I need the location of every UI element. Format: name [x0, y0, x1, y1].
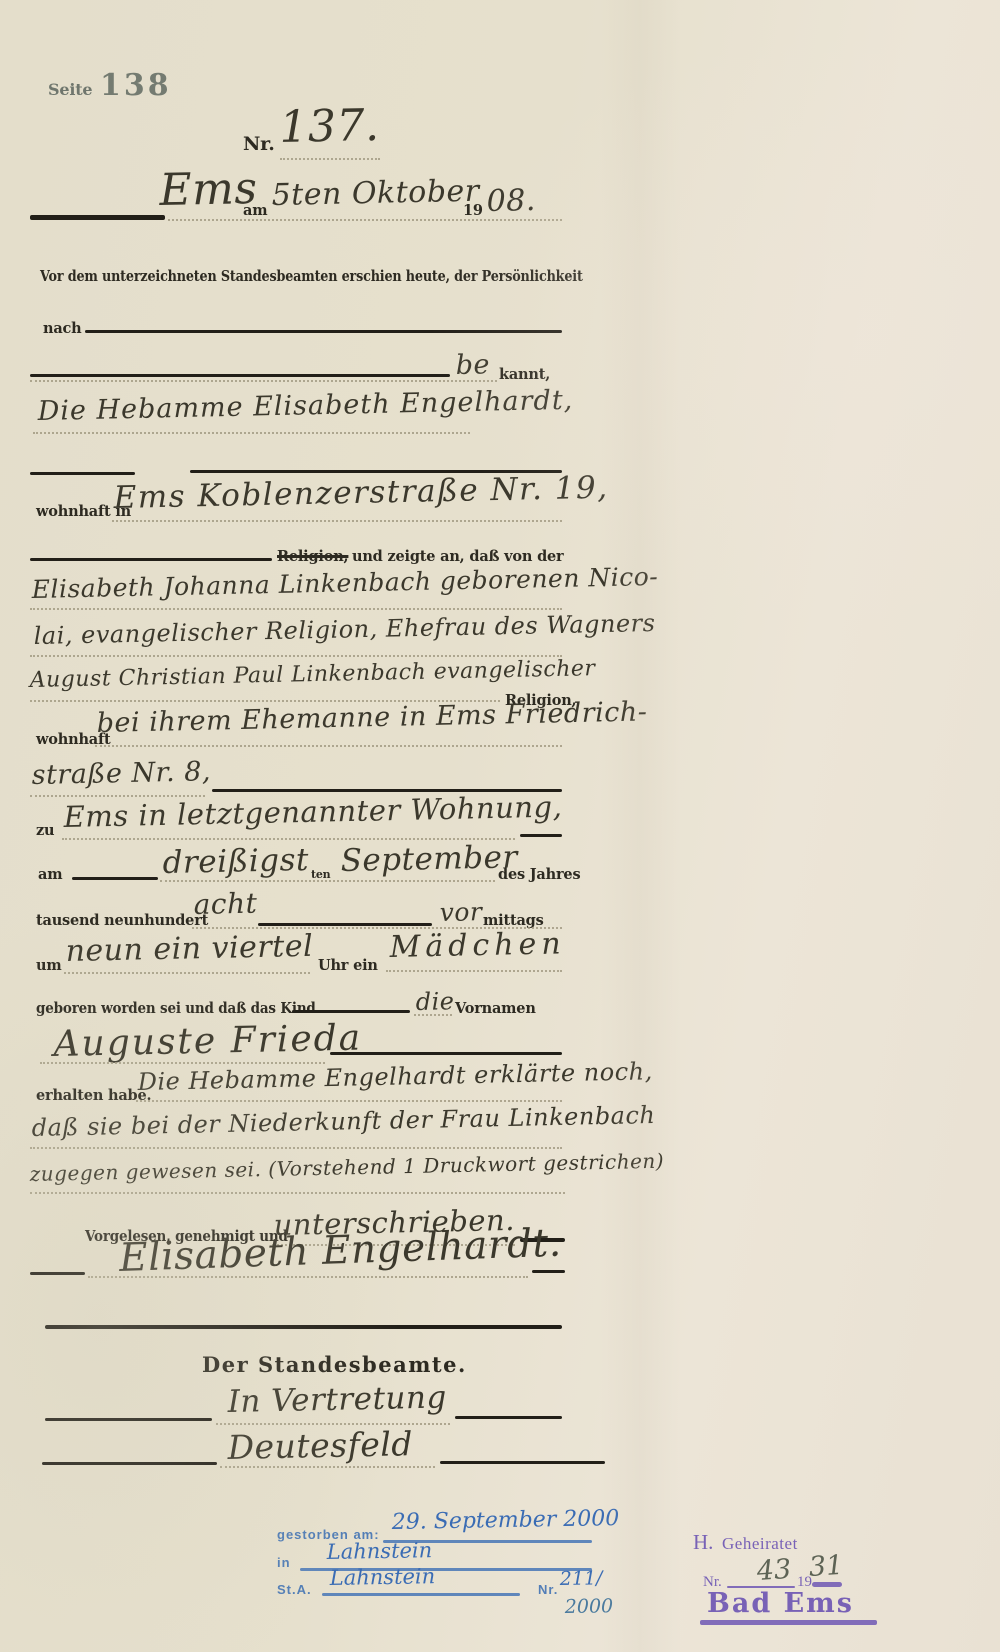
h-label: H.	[693, 1530, 713, 1555]
form-line	[30, 380, 497, 382]
death-nr-label: Nr.	[538, 1582, 558, 1597]
form-line	[292, 1010, 410, 1013]
um-label: um	[36, 957, 62, 974]
record-number-label: Nr.	[243, 133, 275, 155]
form-line	[45, 1325, 562, 1329]
register-page: Seite 138 Nr. 137. Ems am 5ten Oktober 1…	[0, 0, 1000, 1652]
form-line	[700, 1620, 877, 1625]
birth-time-entry: neun ein viertel	[65, 929, 313, 969]
date-am-label: am	[243, 202, 267, 219]
death-record-number-entry: 211/	[560, 1567, 603, 1590]
form-line	[520, 834, 562, 837]
declarant-entry: Die Hebamme Elisabeth Engelhardt,	[37, 385, 573, 427]
uhr-ein-label: Uhr ein	[318, 957, 378, 974]
mother-line2-entry: lai, evangelischer Religion, Ehefrau des…	[33, 609, 655, 650]
form-line	[30, 655, 562, 657]
sta-office-entry: Lahnstein	[330, 1564, 436, 1590]
page-label: Seite	[48, 80, 92, 99]
form-line	[168, 219, 562, 221]
form-line	[160, 880, 495, 882]
mother-line1-entry: Elisabeth Johanna Linkenbach geborenen N…	[31, 562, 658, 604]
form-line	[258, 923, 432, 926]
form-line	[64, 972, 310, 974]
vormittag-entry: vor	[439, 897, 482, 927]
form-line	[136, 1100, 562, 1102]
marriage-number-entry: 43	[756, 1554, 792, 1587]
die-entry: die	[415, 987, 454, 1016]
record-number-entry: 137.	[279, 100, 380, 153]
declarant-address-entry: Ems Koblenzerstraße Nr. 19,	[113, 470, 609, 516]
form-line	[33, 432, 470, 434]
geheiratet-label: Geheiratet	[722, 1534, 798, 1554]
form-line	[386, 970, 562, 972]
note-line2-entry: daß sie bei der Niederkunft der Frau Lin…	[31, 1101, 655, 1142]
religion-struck-label: Religion,	[277, 548, 348, 565]
residence-street-entry: straße Nr. 8,	[31, 756, 211, 791]
form-line	[280, 158, 380, 160]
bekannt-prefix-entry: be	[455, 349, 490, 381]
erhalten-habe-label: erhalten habe.	[36, 1087, 151, 1104]
year-entry: 08.	[486, 183, 536, 219]
vornamen-label: Vornamen	[455, 1000, 536, 1017]
bad-ems-stamp-text: Bad Ems	[707, 1588, 854, 1619]
tausend-label: tausend neunhundert	[36, 912, 208, 929]
form-line	[30, 558, 272, 561]
am-label: am	[38, 866, 62, 883]
form-line	[62, 838, 515, 840]
in-vertretung-entry: In Vertretung	[227, 1379, 447, 1420]
bekannt-label: kannt,	[499, 366, 550, 383]
nach-label: nach	[43, 320, 82, 337]
form-line	[30, 472, 135, 475]
intro-text: Vor dem unterzeichneten Standesbeamten e…	[40, 268, 583, 285]
page-number: 138	[100, 68, 172, 103]
father-line-entry: August Christian Paul Linkenbach evangel…	[29, 656, 595, 693]
sta-label: St.A.	[277, 1582, 312, 1597]
child-names-entry: Auguste Frieda	[53, 1018, 362, 1065]
form-line	[216, 1423, 450, 1425]
form-line	[30, 215, 165, 220]
form-line	[30, 608, 562, 610]
registrar-signature: Deutesfeld	[227, 1424, 413, 1467]
child-sex-entry: Mädchen	[389, 926, 566, 965]
date-entry: 5ten Oktober	[271, 174, 480, 213]
form-line	[440, 1461, 605, 1464]
note-line3-entry: zugegen gewesen sei. (Vorstehend 1 Druck…	[29, 1149, 664, 1186]
form-line	[812, 1582, 842, 1587]
birth-day-entry: dreißigst	[162, 842, 309, 881]
in-label: in	[277, 1555, 291, 1570]
year-printed: 19	[463, 202, 483, 219]
des-jahres-label: des Jahres	[498, 866, 580, 883]
geboren-text: geboren worden sei und daß das Kind	[36, 1000, 316, 1017]
zu-label: zu	[36, 822, 54, 839]
registrar-heading: Der Standesbeamte.	[202, 1352, 467, 1377]
form-line	[72, 877, 158, 880]
birth-year-entry: acht	[193, 887, 257, 921]
form-line	[30, 1192, 565, 1194]
form-line	[330, 1052, 562, 1055]
death-place-entry: Lahnstein	[327, 1538, 433, 1564]
form-line	[322, 1593, 520, 1596]
death-record-year-entry: 2000	[565, 1595, 614, 1618]
form-line	[30, 1147, 562, 1149]
marriage-year-entry: 31	[808, 1550, 844, 1583]
form-line	[95, 745, 562, 747]
form-line	[30, 1272, 85, 1275]
death-date-entry: 29. September 2000	[392, 1506, 620, 1535]
birth-month-entry: September	[340, 839, 518, 879]
zeigte-an-label: und zeigte an, daß von der	[352, 548, 563, 565]
form-line	[88, 1276, 528, 1278]
form-line	[42, 1462, 217, 1465]
form-line	[112, 520, 562, 522]
form-line	[414, 1014, 452, 1016]
residence-entry: bei ihrem Ehemanne in Ems Friedrich-	[96, 696, 647, 739]
form-line	[30, 374, 450, 377]
form-line	[532, 1270, 565, 1273]
form-line	[40, 1062, 325, 1064]
form-line	[220, 1466, 435, 1468]
form-line	[455, 1416, 562, 1419]
form-line	[45, 1418, 212, 1421]
form-line	[85, 330, 562, 333]
